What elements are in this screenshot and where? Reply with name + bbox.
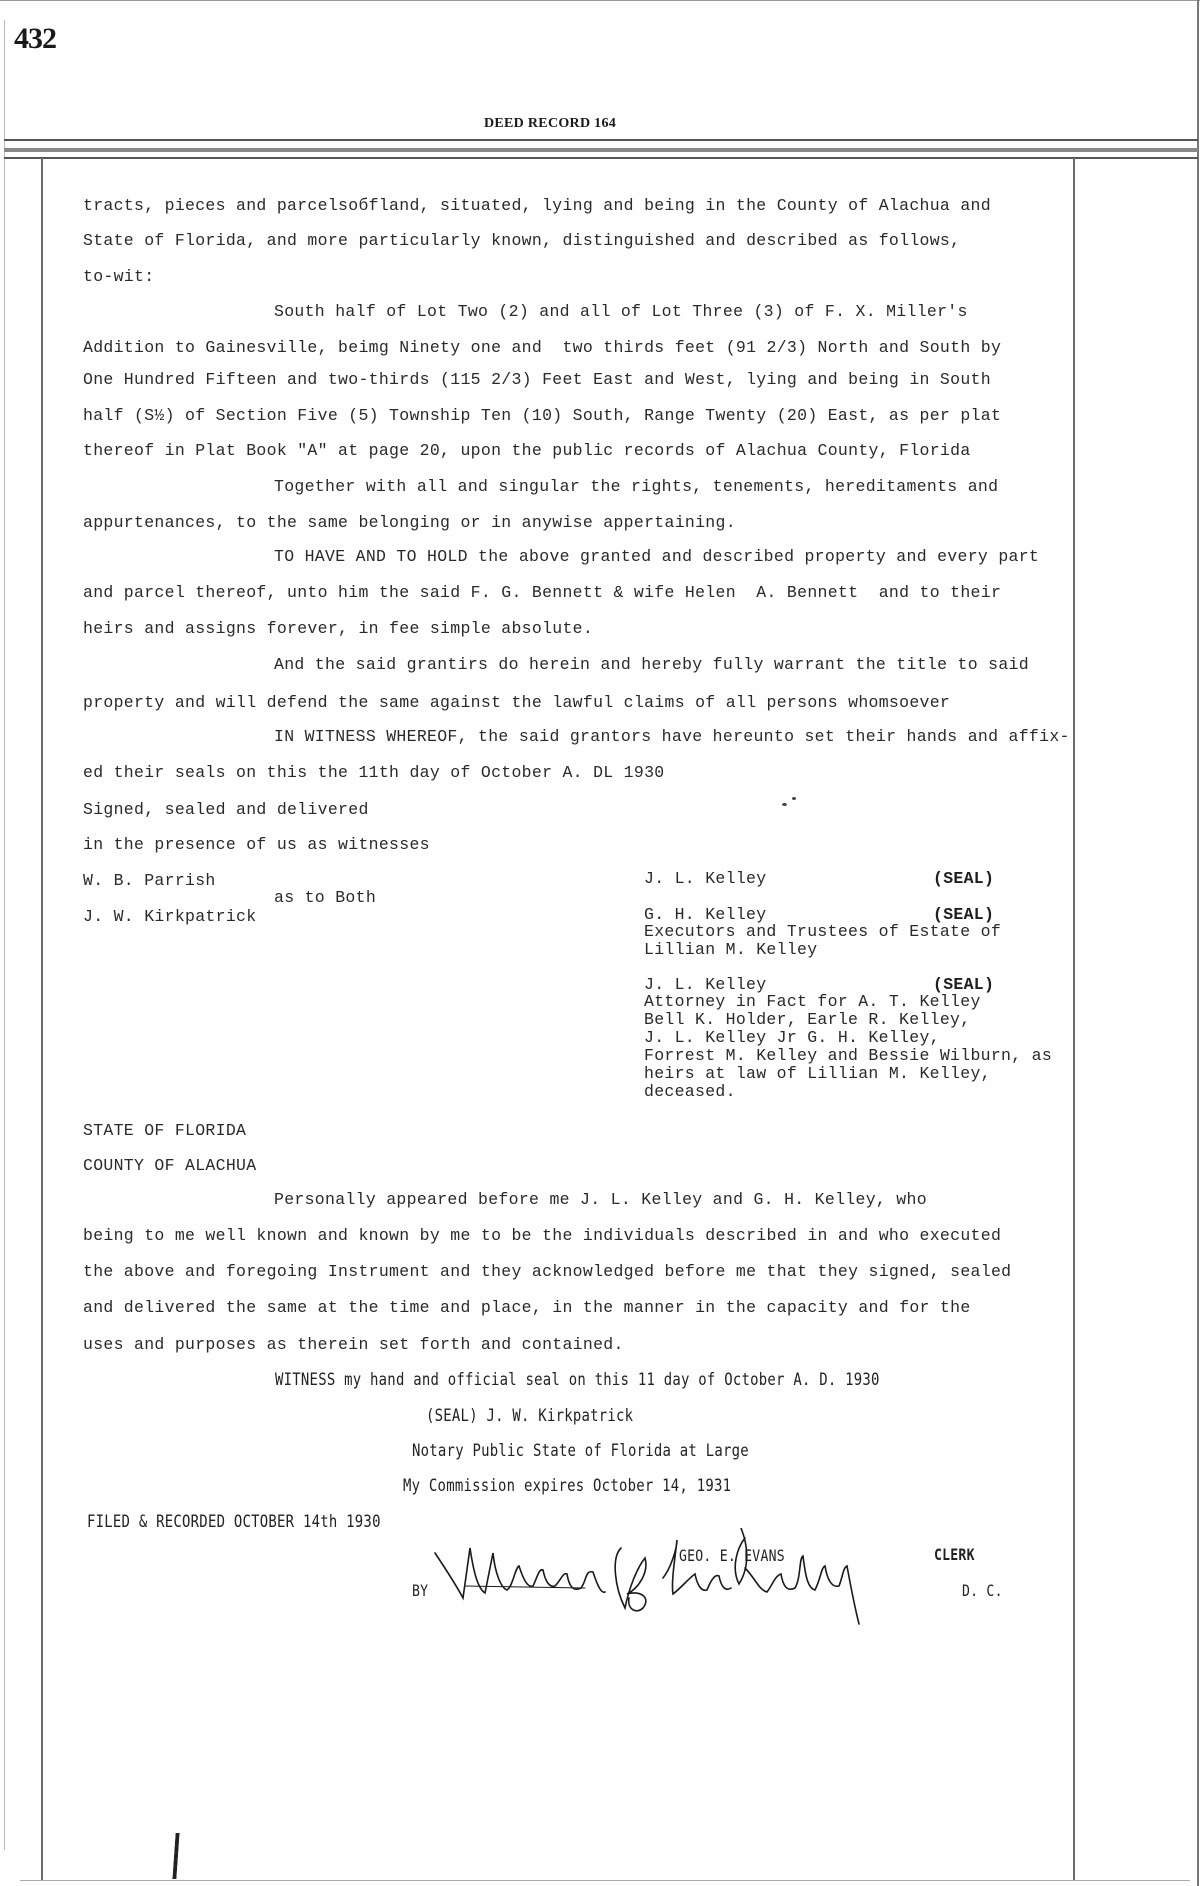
handwritten-signature <box>415 1528 875 1628</box>
ink-mark <box>792 797 796 800</box>
filing-date: FILED & RECORDED OCTOBER 14th 1930 <box>87 1512 381 1532</box>
page-edge-right <box>1197 0 1199 1886</box>
signatory-desc: Attorney in Fact for A. T. Kelley <box>644 993 981 1011</box>
right-margin-rule <box>1073 158 1075 1880</box>
notary-signature: (SEAL) J. W. Kirkpatrick <box>426 1406 633 1426</box>
clerk-title: CLERK <box>934 1545 975 1565</box>
witness-name: J. W. Kirkpatrick <box>83 907 256 927</box>
body-line: Together with all and singular the right… <box>274 477 998 497</box>
page-number: 432 <box>14 22 56 56</box>
body-line: appurtenances, to the same belonging or … <box>83 513 736 533</box>
ink-mark <box>782 803 787 806</box>
signatory-desc: Lillian M. Kelley <box>644 941 817 959</box>
book-title: DEED RECORD 164 <box>484 116 616 132</box>
deputy-clerk-label: D. C. <box>962 1581 1003 1601</box>
body-line: to-wit: <box>83 267 154 287</box>
body-line: half (S½) of Section Five (5) Township T… <box>83 406 1001 426</box>
header-rule-top <box>4 139 1198 141</box>
body-line: IN WITNESS WHEREOF, the said grantors ha… <box>274 727 1070 747</box>
deed-record-page: 432 DEED RECORD 164 tracts, pieces and p… <box>0 0 1200 1886</box>
ack-line: and delivered the same at the time and p… <box>83 1298 971 1318</box>
header-rule-bottom <box>4 157 1198 159</box>
witness-name: W. B. Parrish <box>83 871 216 891</box>
signatory-desc: heirs at law of Lillian M. Kelley, <box>644 1065 991 1083</box>
body-line: And the said grantirs do herein and here… <box>274 655 1029 675</box>
ack-state: STATE OF FLORIDA <box>83 1121 246 1141</box>
body-line: in the presence of us as witnesses <box>83 835 430 855</box>
ack-line: the above and foregoing Instrument and t… <box>83 1262 1011 1282</box>
body-line: tracts, pieces and parcelsoбfland, situa… <box>83 196 991 216</box>
body-line: TO HAVE AND TO HOLD the above granted an… <box>274 547 1039 567</box>
body-line: State of Florida, and more particularly … <box>83 231 960 251</box>
notary-commission: My Commission expires October 14, 1931 <box>403 1476 731 1496</box>
body-line: property and will defend the same agains… <box>83 693 950 713</box>
binding-mark <box>172 1833 179 1879</box>
ack-line: uses and purposes as therein set forth a… <box>83 1335 624 1355</box>
seal-label: (SEAL) <box>933 869 994 889</box>
notary-witness-line: WITNESS my hand and official seal on thi… <box>275 1370 880 1390</box>
signatory-desc: J. L. Kelley Jr G. H. Kelley, <box>644 1029 940 1047</box>
body-line: heirs and assigns forever, in fee simple… <box>83 619 593 639</box>
body-line: South half of Lot Two (2) and all of Lot… <box>274 302 968 322</box>
body-line: thereof in Plat Book "A" at page 20, upo… <box>83 441 971 461</box>
signatory-desc: Bell K. Holder, Earle R. Kelley, <box>644 1011 970 1029</box>
notary-title: Notary Public State of Florida at Large <box>412 1441 749 1461</box>
signatory-name: J. L. Kelley <box>644 869 766 889</box>
signatory-desc: Forrest M. Kelley and Bessie Wilburn, as <box>644 1047 1052 1065</box>
ack-line: Personally appeared before me J. L. Kell… <box>274 1190 927 1210</box>
ack-county: COUNTY OF ALACHUA <box>83 1156 256 1176</box>
page-edge-left <box>4 20 5 1850</box>
body-line: and parcel thereof, unto him the said F.… <box>83 583 1001 603</box>
body-line: ed their seals on this the 11th day of O… <box>83 763 665 783</box>
signatory-desc: deceased. <box>644 1083 736 1101</box>
header-rule-thick <box>4 148 1198 152</box>
body-line: Signed, sealed and delivered <box>83 800 369 820</box>
ack-line: being to me well known and known by me t… <box>83 1226 1001 1246</box>
page-edge-bottom <box>20 1880 1190 1881</box>
body-line: One Hundred Fifteen and two-thirds (115 … <box>83 370 991 390</box>
left-margin-rule <box>41 158 43 1880</box>
signatory-desc: Executors and Trustees of Estate of <box>644 923 1001 941</box>
page-edge-top <box>0 0 1200 1</box>
body-line: Addition to Gainesville, beimg Ninety on… <box>83 338 1001 358</box>
witness-note: as to Both <box>274 888 376 908</box>
